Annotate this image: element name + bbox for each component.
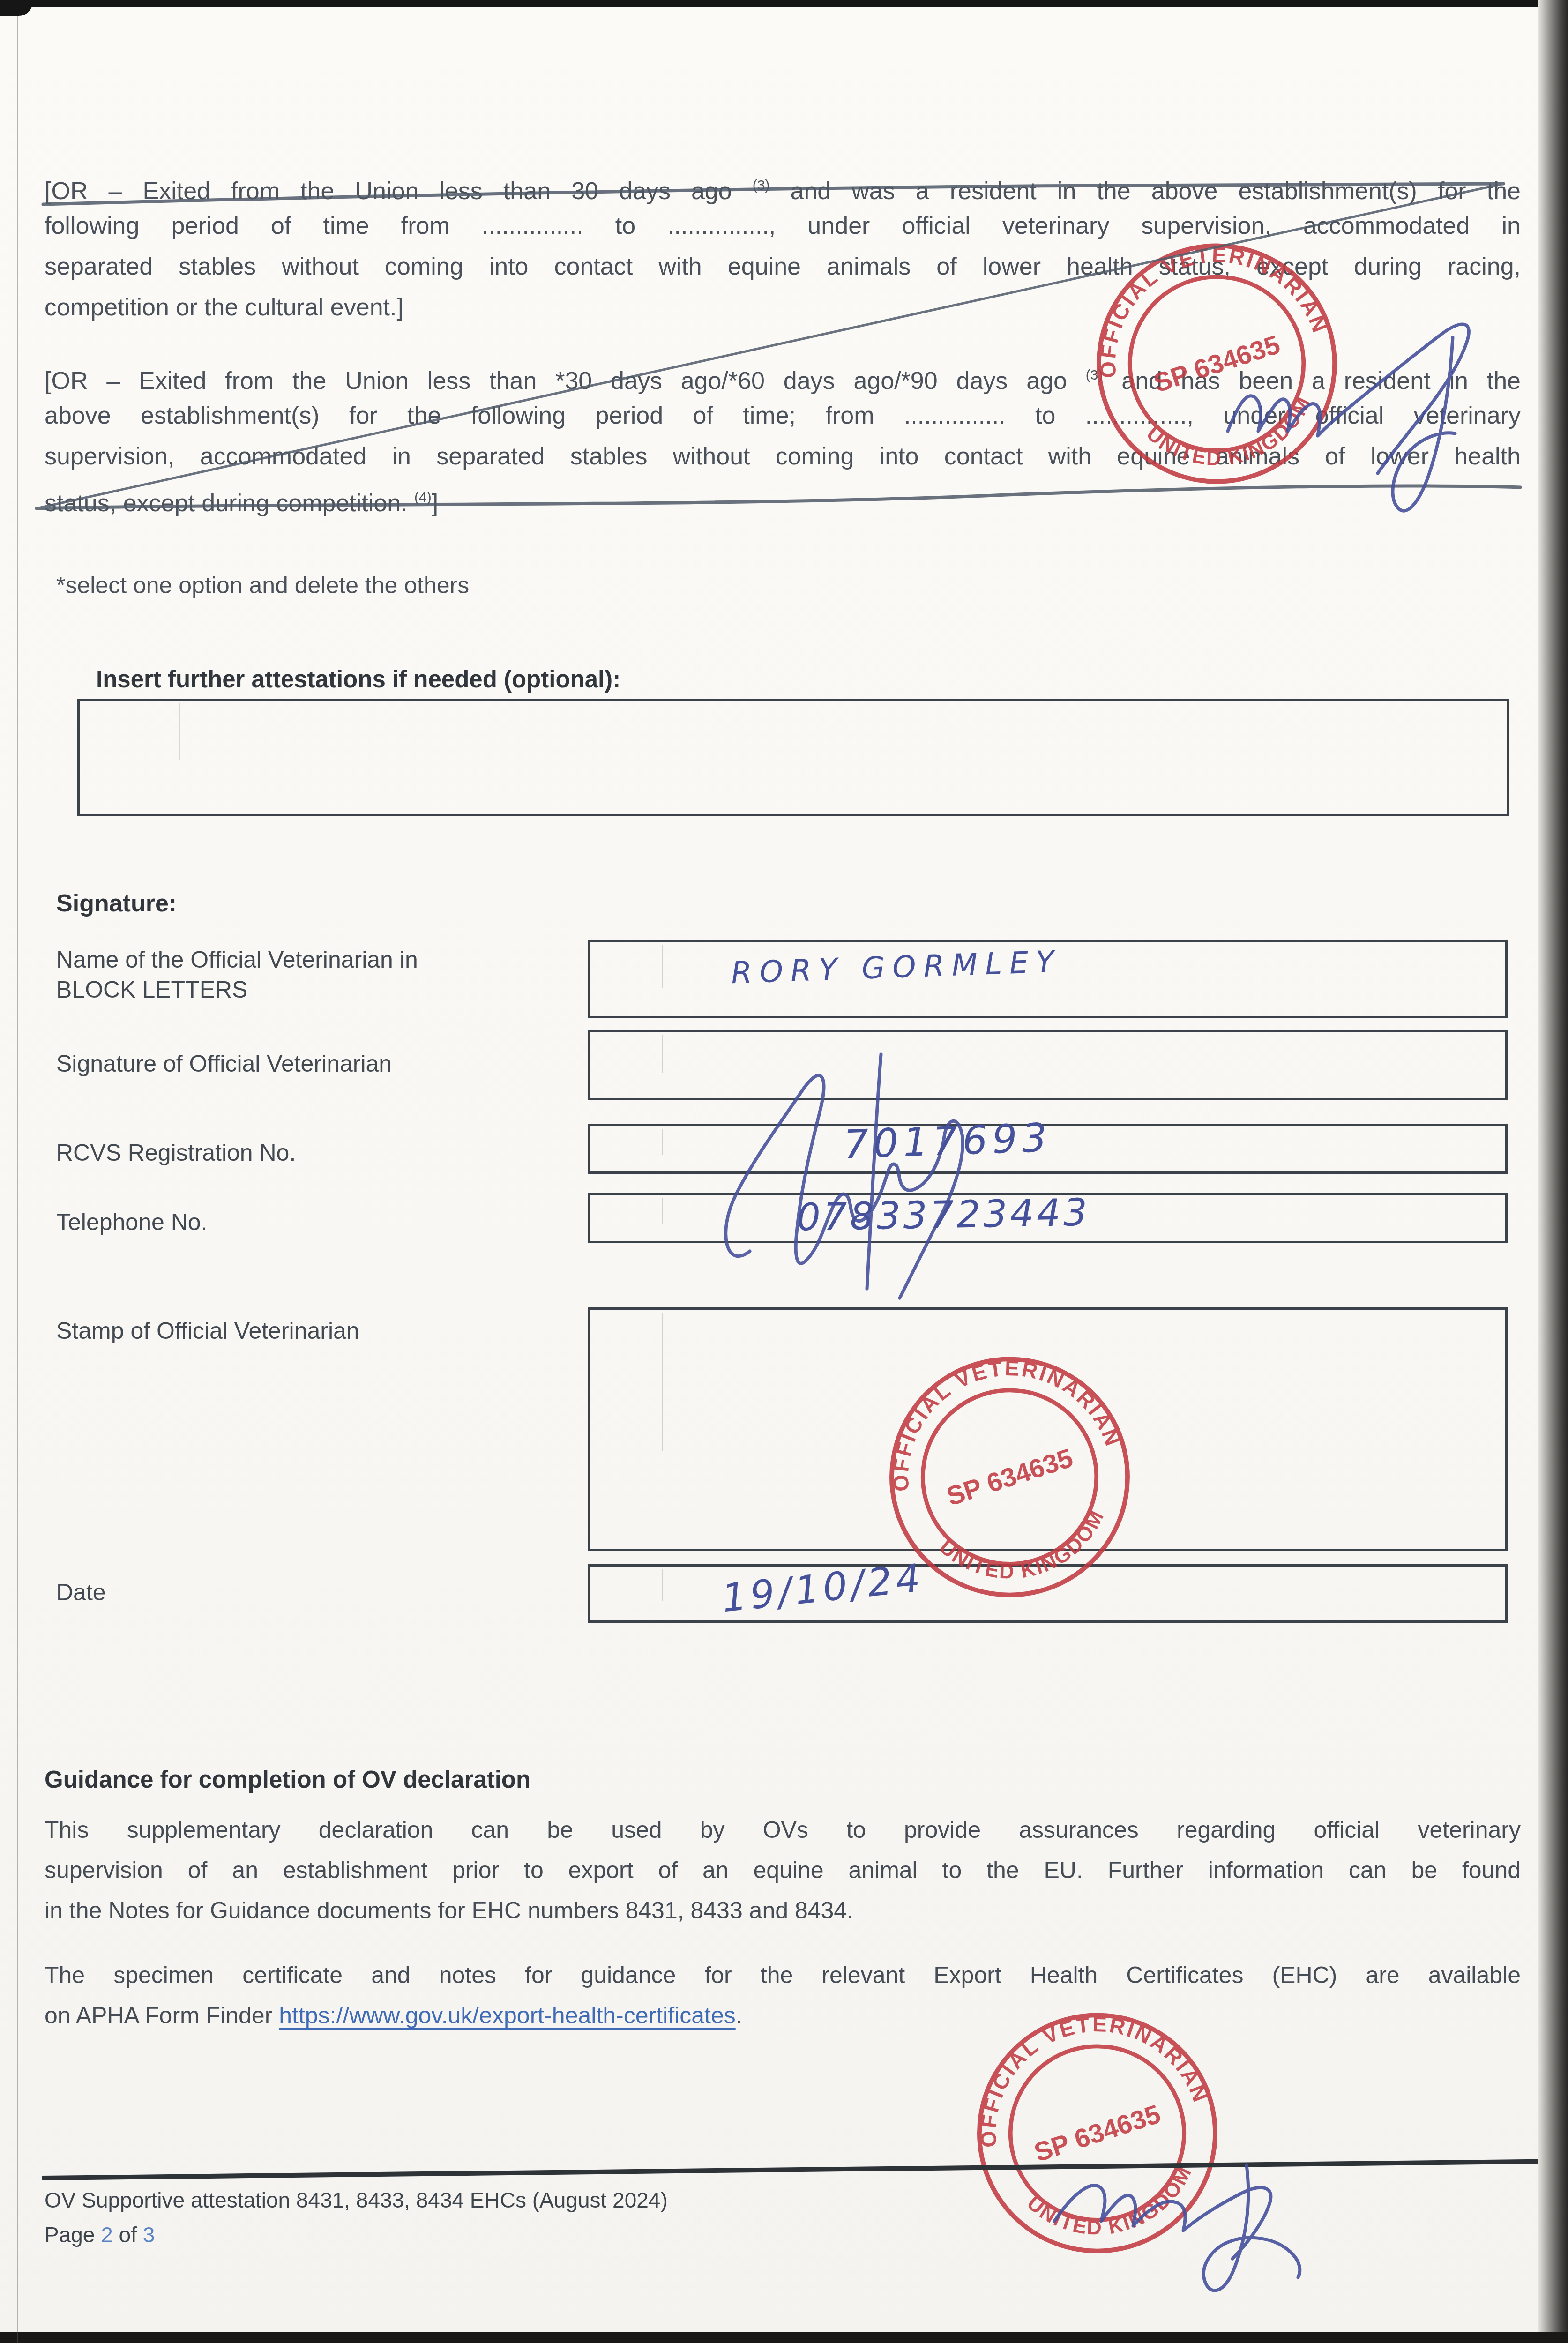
page-total: 3 [143,2223,155,2247]
scanned-document-page: [OR – Exited from the Union less than 30… [0,0,1568,2343]
name-label-line2: BLOCK LETTERS [56,975,418,1005]
paragraph-text: ] [432,490,438,517]
paragraph-line: status, except during competition. (4)] [45,477,1521,518]
paragraph-line: The specimen certificate and notes for g… [45,1955,1521,1995]
box-column-tick [662,1198,663,1224]
scan-edge-bottom [0,2332,1568,2343]
stamp-code-text: SP 634635 [1030,2099,1164,2167]
rcvs-value-handwritten: 7017693 [843,1114,1052,1167]
paragraph-text: [OR – Exited from the Union less than *3… [45,367,1086,395]
telephone-value-handwritten: 07833723443 [796,1191,1090,1239]
scan-edge-left [17,0,18,2343]
signature-heading: Signature: [56,889,177,918]
box-column-tick [662,1313,663,1451]
signature-field-box[interactable] [588,1030,1508,1100]
footnote-ref-3: (3) [753,178,770,193]
official-veterinarian-stamp-top: OFFICIAL VETERINARIAN UNITED KINGDOM SP … [1065,212,1369,517]
signature-label: Signature of Official Veterinarian [56,1049,392,1079]
footnote-ref-4: (4) [414,490,432,505]
stamp-label: Stamp of Official Veterinarian [56,1316,359,1346]
page-current: 2 [101,2223,113,2247]
scan-edge-right [1538,0,1568,2343]
footer-page-number: Page 2 of 3 [45,2222,155,2247]
ehc-link[interactable]: https://www.gov.uk/export-health-certifi… [279,2002,736,2029]
date-label: Date [56,1577,106,1607]
box-column-tick [662,945,663,988]
box-column-tick [179,703,180,760]
paragraph-text: [OR – Exited from the Union less than 30… [45,178,753,205]
paragraph-line: supervision of an establishment prior to… [45,1850,1521,1890]
guidance-paragraph-2: The specimen certificate and notes for g… [45,1955,1521,2036]
telephone-label: Telephone No. [56,1207,207,1237]
paragraph-line: on APHA Form Finder https://www.gov.uk/e… [45,1995,1521,2036]
paragraph-text: status, except during competition. [45,490,414,517]
paragraph-text: and was a resident in the above establis… [769,178,1521,205]
box-column-tick [662,1129,663,1155]
paragraph-line: in the Notes for Guidance documents for … [45,1890,1521,1931]
select-option-note: *select one option and delete the others [56,572,469,599]
name-label-line1: Name of the Official Veterinarian in [56,945,418,975]
paragraph-text: . [736,2002,742,2029]
paragraph-line: [OR – Exited from the Union less than 30… [45,165,1521,206]
stamp-code-text: SP 634635 [943,1443,1076,1511]
paragraph-line: This supplementary declaration can be us… [45,1810,1521,1850]
official-veterinarian-stamp-middle: OFFICIAL VETERINARIAN UNITED KINGDOM SP … [858,1325,1162,1631]
paragraph-text: on APHA Form Finder [45,2002,279,2029]
stamp-code-text: SP 634635 [1150,329,1284,398]
scan-corner-mark [0,0,33,16]
name-label: Name of the Official Veterinarian in BLO… [56,945,418,1005]
guidance-paragraph-1: This supplementary declaration can be us… [45,1810,1521,1931]
scan-edge-top [0,0,1568,7]
of-word: of [113,2223,143,2247]
box-column-tick [662,1569,663,1601]
page-word: Page [45,2223,101,2247]
footer-doc-title: OV Supportive attestation 8431, 8433, 84… [45,2187,668,2213]
rcvs-label: RCVS Registration No. [56,1138,296,1168]
attestations-heading: Insert further attestations if needed (o… [96,665,620,693]
attestations-box[interactable] [77,699,1509,816]
guidance-heading: Guidance for completion of OV declaratio… [45,1766,530,1793]
box-column-tick [662,1035,663,1073]
